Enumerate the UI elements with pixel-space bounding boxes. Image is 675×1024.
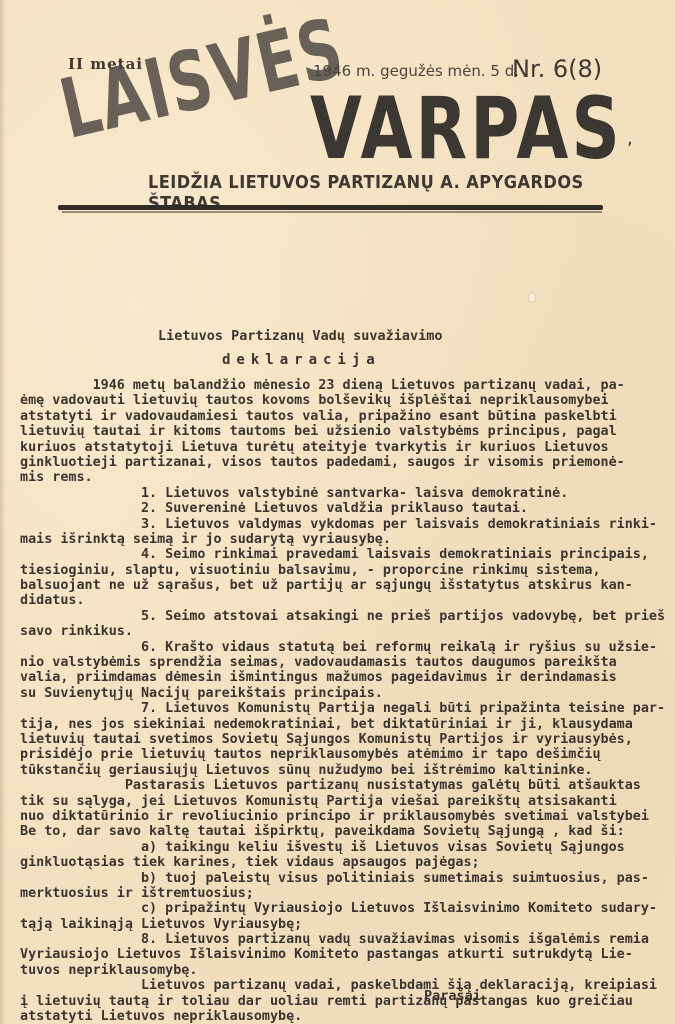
title-word-laisves: LAISVĖS (54, 8, 352, 152)
text-line: tuvos nepriklausomybę. (12, 963, 672, 978)
text-line: balsuojant ne už sąrašus, bet už partijų… (12, 578, 672, 593)
text-line: 3. Lietuvos valdymas vykdomas per laisva… (12, 517, 672, 532)
text-line: atstatyti ir vadovaudamiesi tautos valia… (12, 409, 672, 424)
masthead: II metai LAISVĖS 1946 m. gegužės mėn. 5 … (0, 0, 675, 215)
signatures-label: Parašai (424, 988, 481, 1004)
text-line: Vyriausiojo Lietuvos Išlaisvinimo Komite… (12, 947, 672, 962)
text-line: tiesioginiu, slaptu, visuotiniu balsavim… (12, 563, 672, 578)
text-line: savo rinkikus. (12, 624, 672, 639)
text-line: mais išrinktą seimą ir jo sudarytą vyria… (12, 532, 672, 547)
text-line: Lietuvos partizanų vadai, paskelbdami ši… (12, 978, 672, 993)
text-line: nuo diktatūrinio ir revoliucinio princip… (12, 809, 672, 824)
text-line: 2. Suvereninė Lietuvos valdžia priklauso… (12, 501, 672, 516)
article-heading: Lietuvos Partizanų Vadų suvažiavimo (158, 328, 675, 344)
text-line: 7. Lietuvos Komunistų Partija negali būt… (12, 701, 672, 716)
paper-stain (528, 292, 536, 303)
text-line: ginkluotieji partizanai, visos tautos pa… (12, 455, 672, 470)
text-line: lietuvių tautai svetimos Sovietų Sąjungo… (12, 732, 672, 747)
text-line: b) tuoj paleistų visus politiniais sumet… (12, 871, 672, 886)
text-line: 5. Seimo atstovai atsakingi ne prieš par… (12, 609, 672, 624)
text-line: nio valstybėmis sprendžia seimas, vadova… (12, 655, 672, 670)
masthead-rule (58, 205, 603, 210)
text-line: su Suvienytųjų Nacijų pareikštais princi… (12, 686, 672, 701)
text-line: į lietuvių tautą ir toliau dar uoliau re… (12, 994, 672, 1009)
text-line: mis rems. (12, 470, 672, 485)
text-line: prisidėjo prie lietuvių tautos nepriklau… (12, 747, 672, 762)
text-line: atstatyti Lietuvos nepriklausomybę. (12, 1009, 672, 1024)
text-line: tija, nes jos siekiniai nedemokratiniai,… (12, 717, 672, 732)
text-line: 1. Lietuvos valstybinė santvarka- laisva… (12, 486, 672, 501)
ink-speck: , (627, 128, 633, 149)
article-subheading: deklaracija (222, 352, 675, 368)
text-line: ginkluotąsias tiek karines, tiek vidaus … (12, 855, 672, 870)
text-line: 1946 metų balandžio mėnesio 23 dieną Lie… (12, 378, 672, 393)
issue-date: 1946 m. gegužės mėn. 5 d. (313, 62, 519, 80)
text-line: 8. Lietuvos partizanų vadų suvažiavimas … (12, 932, 672, 947)
title-word-varpas: VARPAS (310, 86, 623, 172)
text-line: c) pripažintų Vyriausiojo Lietuvos Išlai… (12, 901, 672, 916)
text-line: tąją laikinąją Lietuvos Vyriausybę; (12, 917, 672, 932)
text-line: lietuvių tautai ir kitoms tautoms bei už… (12, 424, 672, 439)
text-line: tik su sąlyga, jei Lietuvos Komunistų Pa… (12, 794, 672, 809)
text-line: ėmę vadovauti lietuvių tautos kovoms bol… (12, 393, 672, 408)
text-line: merktuosius ir ištremtuosius; (12, 886, 672, 901)
masthead-rule-secondary (62, 211, 602, 213)
article-body: 1946 metų balandžio mėnesio 23 dieną Lie… (12, 378, 672, 1024)
text-line: valia, priimdamas dėmesin išmintingus ma… (12, 670, 672, 685)
text-line: 6. Krašto vidaus statutą bei reformų rei… (12, 640, 672, 655)
text-line: a) taikingu keliu išvestų iš Lietuvos vi… (12, 840, 672, 855)
text-line: tūkstančių geriausiųjų Lietuvos sūnų nuž… (12, 763, 672, 778)
text-line: 4. Seimo rinkimai pravedami laisvais dem… (12, 547, 672, 562)
text-line: didatus. (12, 593, 672, 608)
text-line: kuriuos atstatytoji Lietuva turėtų ateit… (12, 440, 672, 455)
text-line: Be to, dar savo kaltę tautai išpirktų, p… (12, 824, 672, 839)
text-line: Pastarasis Lietuvos partizanų nusistatym… (12, 778, 672, 793)
